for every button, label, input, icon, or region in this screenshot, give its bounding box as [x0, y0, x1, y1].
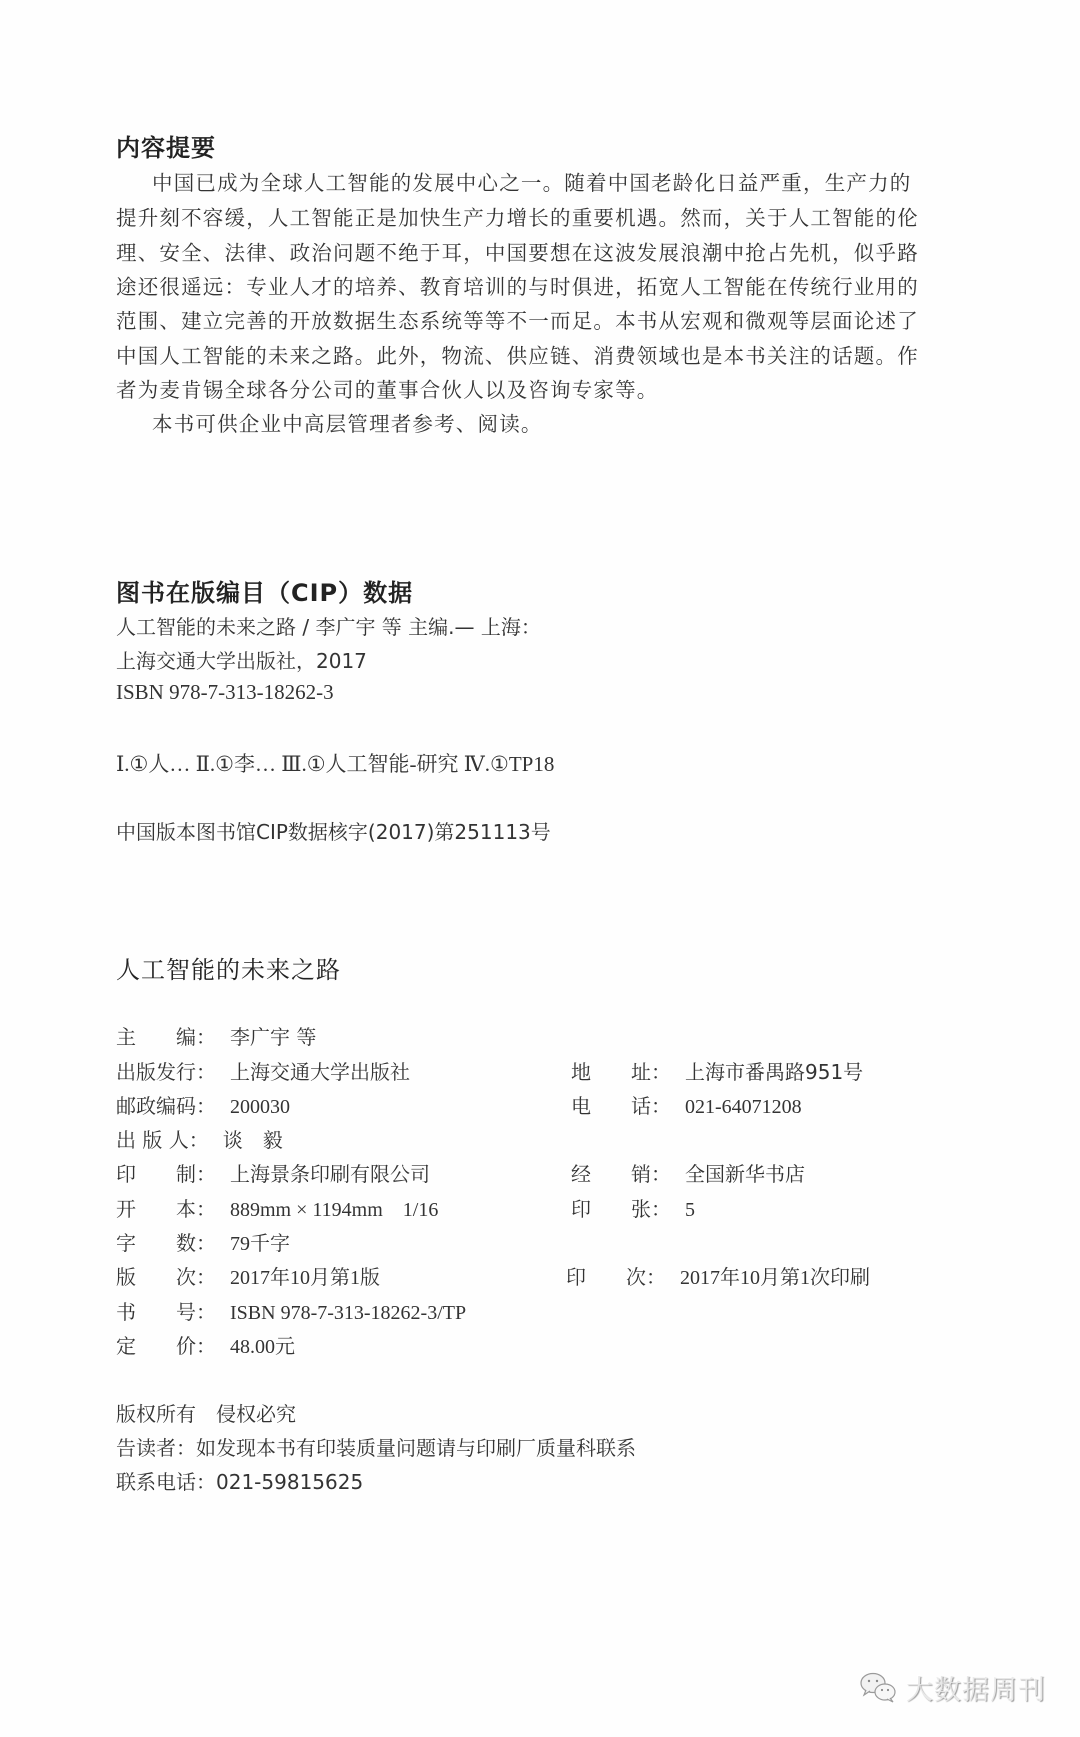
copyright-rights: 版权所有 侵权必究 [116, 1398, 296, 1427]
summary-audience: 本书可供企业中高层管理者参考、阅读。 [152, 407, 543, 437]
cip-line-publisher: 上海交通大学出版社，2017 [116, 645, 367, 674]
field-value: 2017年10月第1次印刷 [680, 1267, 870, 1289]
cip-isbn: ISBN 978-7-313-18262-3 [116, 680, 334, 705]
field-label: 邮政编码： [116, 1094, 216, 1118]
field-label: 印 次： [566, 1265, 666, 1289]
summary-line: 理、安全、法律、政治问题不绝于耳，中国要想在这波发展浪潮中抢占先机，似乎路 [116, 236, 919, 266]
field-format: 开 本：889mm × 1194mm 1/16 [116, 1193, 438, 1222]
field-value: 48.00元 [230, 1336, 295, 1358]
copyright-contact: 联系电话：021-59815625 [116, 1466, 363, 1495]
field-value: 谈 毅 [223, 1128, 283, 1152]
field-value: 上海市番禺路951号 [685, 1060, 863, 1084]
field-value: 200030 [230, 1096, 290, 1118]
field-printing: 印 次：2017年10月第1次印刷 [566, 1261, 870, 1290]
watermark-text: 大数据周刊 [906, 1668, 1046, 1707]
field-value: 79千字 [230, 1233, 290, 1255]
field-publisher: 出版发行：上海交通大学出版社 [116, 1056, 410, 1085]
field-editor: 主 编：李广宇 等 [116, 1021, 316, 1050]
field-label: 版 次： [116, 1265, 216, 1289]
field-label: 开 本： [116, 1197, 216, 1221]
field-label: 印 张： [571, 1197, 671, 1221]
field-label: 出版发行： [116, 1060, 216, 1084]
cip-line-title: 人工智能的未来之路 / 李广宇 等 主编.— 上海： [116, 611, 541, 640]
field-value: 2017年10月第1版 [230, 1267, 380, 1289]
wechat-icon [858, 1671, 898, 1705]
summary-heading: 内容提要 [116, 128, 216, 163]
summary-line: 途还很遥远：专业人才的培养、教育培训的与时俱进，拓宽人工智能在传统行业用的 [116, 270, 919, 300]
copyright-notice: 告读者：如发现本书有印装质量问题请与印刷厂质量科联系 [116, 1432, 636, 1461]
watermark: 大数据周刊 [858, 1668, 1046, 1707]
field-value: 5 [685, 1199, 695, 1221]
field-phone: 电 话：021-64071208 [571, 1090, 802, 1119]
field-label: 出 版 人： [116, 1128, 209, 1152]
field-issuer: 出 版 人：谈 毅 [116, 1124, 283, 1153]
field-label: 印 制： [116, 1162, 216, 1186]
field-postcode: 邮政编码：200030 [116, 1090, 290, 1119]
field-price: 定 价：48.00元 [116, 1330, 295, 1359]
field-label: 定 价： [116, 1334, 216, 1358]
summary-line: 提升刻不容缓，人工智能正是加快生产力增长的重要机遇。然而，关于人工智能的伦 [116, 201, 919, 231]
summary-line: 范围、建立完善的开放数据生态系统等等不一而足。本书从宏观和微观等层面论述了 [116, 304, 919, 334]
summary-line: 者为麦肯锡全球各分公司的董事合伙人以及咨询专家等。 [116, 373, 659, 403]
field-book-number: 书 号：ISBN 978-7-313-18262-3/TP [116, 1296, 466, 1325]
field-edition: 版 次：2017年10月第1版 [116, 1261, 380, 1290]
summary-line: 中国人工智能的未来之路。此外，物流、供应链、消费领域也是本书关注的话题。作 [116, 339, 919, 369]
field-printer: 印 制：上海景条印刷有限公司 [116, 1158, 430, 1187]
field-address: 地 址：上海市番禺路951号 [571, 1056, 863, 1085]
field-value: 李广宇 等 [230, 1025, 316, 1049]
field-label: 经 销： [571, 1162, 671, 1186]
field-label: 书 号： [116, 1300, 216, 1324]
field-sheets: 印 张：5 [571, 1193, 695, 1222]
field-value: 889mm × 1194mm 1/16 [230, 1199, 438, 1221]
field-value: ISBN 978-7-313-18262-3/TP [230, 1302, 466, 1324]
field-distributor: 经 销：全国新华书店 [571, 1158, 805, 1187]
cip-record-number: 中国版本图书馆CIP数据核字(2017)第251113号 [116, 816, 551, 845]
field-value: 上海交通大学出版社 [230, 1060, 410, 1084]
field-label: 地 址： [571, 1060, 671, 1084]
cip-classification: Ⅰ.①人… Ⅱ.①李… Ⅲ.①人工智能-研究 Ⅳ.①TP18 [116, 748, 554, 778]
field-value: 上海景条印刷有限公司 [230, 1162, 430, 1186]
book-title: 人工智能的未来之路 [116, 950, 341, 985]
field-value: 021-64071208 [685, 1096, 802, 1118]
field-label: 主 编： [116, 1025, 216, 1049]
field-word-count: 字 数：79千字 [116, 1227, 290, 1256]
field-label: 字 数： [116, 1231, 216, 1255]
summary-line: 中国已成为全球人工智能的发展中心之一。随着中国老龄化日益严重，生产力的 [152, 166, 912, 196]
cip-heading: 图书在版编目（CIP）数据 [116, 573, 413, 608]
field-value: 全国新华书店 [685, 1162, 805, 1186]
field-label: 电 话： [571, 1094, 671, 1118]
